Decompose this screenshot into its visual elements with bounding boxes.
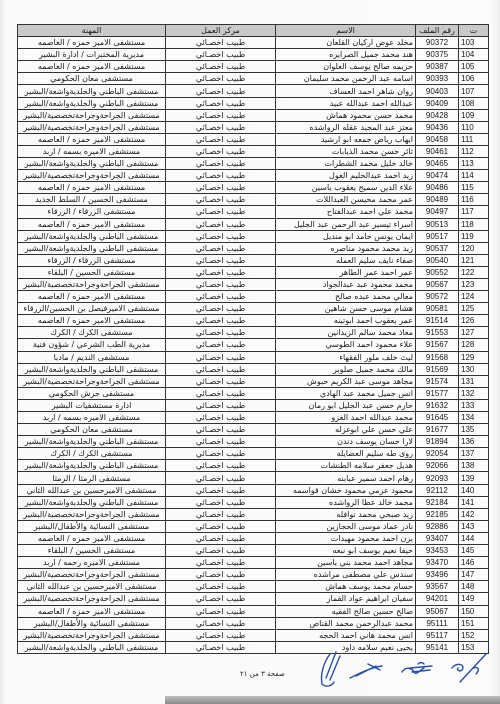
- row-index: 105: [459, 61, 489, 73]
- row-file-no: 90393: [416, 73, 459, 85]
- row-file-no: 90375: [416, 49, 459, 61]
- table-row: 10390372مخلد عوض اركيان القلعانطبيب اخصـ…: [18, 37, 489, 49]
- row-name: خالد خليل محمد الشطرات: [276, 158, 416, 170]
- row-work-center: طبيب اخصـائي: [166, 315, 276, 327]
- row-work-center: طبيب اخصـائي: [166, 641, 276, 653]
- row-index: 115: [459, 182, 489, 194]
- row-file-no: 92054: [416, 448, 459, 460]
- row-work-center: طبيب اخصـائي: [166, 496, 276, 508]
- table-row: 12691514عمر يعقوب احمد ابوتينهطبيب اخصـا…: [18, 315, 489, 327]
- row-work-center: طبيب اخصـائي: [166, 629, 276, 641]
- row-index: 114: [459, 170, 489, 182]
- row-profession: مستشفى النسائية والأطفال/البشير: [18, 617, 166, 629]
- scanned-page: ت رقم الملف الاسم مركز العمل المهنة 1039…: [0, 0, 500, 704]
- row-profession: مستشفى الزرقاء / الزرقاء: [18, 206, 166, 218]
- row-file-no: 90428: [416, 109, 459, 121]
- row-work-center: طبيب اخصـائي: [166, 85, 276, 97]
- row-index: 121: [459, 254, 489, 266]
- row-profession: مستشفى الجراحةوجراحةتخصصية/البشير: [18, 593, 166, 605]
- row-file-no: 90461: [416, 145, 459, 157]
- table-row: 14292185زيد صبحي محمد نوافلهطبيب اخصـائي…: [18, 508, 489, 520]
- table-row: 12991568ليث خلف ملور الفقهاءطبيب اخصـائي…: [18, 351, 489, 363]
- table-row: 13892066هديل جعفر سلامه الطنشاتطبيب اخصـ…: [18, 460, 489, 472]
- row-file-no: 90567: [416, 278, 459, 290]
- row-index: 132: [459, 387, 489, 399]
- row-name: روان شاهر احمد العساف: [276, 85, 416, 97]
- row-profession: مديرية المختبرات / ادارة البشير: [18, 49, 166, 61]
- header-profession: المهنة: [18, 25, 166, 37]
- row-name: حازم حسن عبد الجليل ابو رمان: [276, 399, 416, 411]
- row-file-no: 90497: [416, 206, 459, 218]
- row-index: 141: [459, 496, 489, 508]
- row-name: عمر يعقوب احمد ابوتينه: [276, 315, 416, 327]
- row-file-no: 90486: [416, 182, 459, 194]
- row-work-center: طبيب اخصـائي: [166, 97, 276, 109]
- row-file-no: 90552: [416, 266, 459, 278]
- row-work-center: طبيب اخصـائي: [166, 61, 276, 73]
- row-index: 148: [459, 581, 489, 593]
- row-work-center: طبيب اخصـائي: [166, 605, 276, 617]
- table-row: 15295117انس محمد هاني احمد الحجهطبيب اخص…: [18, 629, 489, 641]
- row-file-no: 91574: [416, 375, 459, 387]
- row-profession: مستشفى الكرك / الكرك: [18, 448, 166, 460]
- table-row: 13992093رهام احمد سمير عبابنهطبيب اخصـائ…: [18, 472, 489, 484]
- table-row: 12490572معالي محمد عبده صالحطبيب اخصـائي…: [18, 291, 489, 303]
- table-row: 15095067صالح حسين صالح الفقيهطبيب اخصـائ…: [18, 605, 489, 617]
- row-work-center: طبيب اخصـائي: [166, 412, 276, 424]
- row-profession: مستشفى الحسين / السلط الجديد: [18, 194, 166, 206]
- row-name: اسامه عبد الرحمن محمد سليمان: [276, 73, 416, 85]
- row-name: زيد احمد عبدالحليم الغول: [276, 170, 416, 182]
- page-number: صفحة ٣ من ٢١: [240, 670, 285, 678]
- row-profession: مستشفى الاميره بسمه / اربد: [18, 412, 166, 424]
- row-file-no: 90581: [416, 303, 459, 315]
- row-profession: مستشفى الجراحةوجراحةتخصصية/البشير: [18, 375, 166, 387]
- table-row: 11290461ثائر حسن محمد الذياباتطبيب اخصـا…: [18, 145, 489, 157]
- row-name: ليث خلف ملور الفقهاء: [276, 351, 416, 363]
- row-index: 137: [459, 448, 489, 460]
- row-index: 111: [459, 133, 489, 145]
- table-row: 14593453حيفا نعيم يوسف ابو نبعهطبيب اخصـ…: [18, 545, 489, 557]
- row-name: رهام احمد سمير عبابنه: [276, 472, 416, 484]
- row-index: 135: [459, 424, 489, 436]
- row-profession: مستشفى الحسين / البلقاء: [18, 266, 166, 278]
- row-work-center: طبيب اخصـائي: [166, 49, 276, 61]
- row-name: علي حسن علي ابوغزله: [276, 424, 416, 436]
- row-profession: مستشفى الباطني والجلديةواشعة/البشير: [18, 496, 166, 508]
- table-header-row: ت رقم الملف الاسم مركز العمل المهنة: [18, 25, 489, 37]
- row-work-center: طبيب اخصـائي: [166, 133, 276, 145]
- row-work-center: طبيب اخصـائي: [166, 424, 276, 436]
- table-row: 13792054روى طه سليم العضايلهطبيب اخصـائي…: [18, 448, 489, 460]
- row-profession: مستشفى الباطني والجلديةواشعة/البشير: [18, 363, 166, 375]
- row-profession: مستشفى الجراحةوجراحةتخصصية/البشير: [18, 508, 166, 520]
- row-work-center: طبيب اخصـائي: [166, 569, 276, 581]
- row-index: 136: [459, 436, 489, 448]
- row-index: 142: [459, 508, 489, 520]
- row-file-no: 93567: [416, 581, 459, 593]
- row-work-center: طبيب اخصـائي: [166, 182, 276, 194]
- table-row: 10690393اسامه عبد الرحمن محمد سليمانطبيب…: [18, 73, 489, 85]
- row-work-center: طبيب اخصـائي: [166, 484, 276, 496]
- row-file-no: 95067: [416, 605, 459, 617]
- row-profession: مستشفى الباطني والجلديةواشعة/البشير: [18, 641, 166, 653]
- row-file-no: 91514: [416, 315, 459, 327]
- row-work-center: طبيب اخصـائي: [166, 520, 276, 532]
- row-profession: مستشفى الامير حمزه / العاصمه: [18, 605, 166, 617]
- row-profession: مستشفى الامير حمزه / العاصمه: [18, 37, 166, 49]
- row-index: 139: [459, 472, 489, 484]
- row-profession: مستشفى الاميره رحمه / اربد: [18, 557, 166, 569]
- table-row: 12590581هشام موسى حسن شاهينطبيب اخصـائيم…: [18, 303, 489, 315]
- row-file-no: 91632: [416, 399, 459, 411]
- row-index: 145: [459, 545, 489, 557]
- row-file-no: 94201: [416, 593, 459, 605]
- row-work-center: طبيب اخصـائي: [166, 109, 276, 121]
- row-name: محمد خالد عطا الرواشده: [276, 496, 416, 508]
- row-name: هند محمد جميل الصرايره: [276, 49, 416, 61]
- table-row: 15195111محمد عبدالرحمن محمد القناصطبيب ا…: [18, 617, 489, 629]
- row-index: 138: [459, 460, 489, 472]
- table-row: 12090537زيد محمد محمود مناصرهطبيب اخصـائ…: [18, 242, 489, 254]
- row-work-center: طبيب اخصـائي: [166, 73, 276, 85]
- row-work-center: طبيب اخصـائي: [166, 448, 276, 460]
- row-name: علاء محمود احمد الطوسي: [276, 339, 416, 351]
- row-index: 128: [459, 339, 489, 351]
- row-index: 122: [459, 266, 489, 278]
- row-profession: مستشفى الامير حمزه / العاصمه: [18, 291, 166, 303]
- row-profession: مستشفى الباطني والجلديةواشعة/البشير: [18, 85, 166, 97]
- header-work-center: مركز العمل: [166, 25, 276, 37]
- row-profession: مستشفى الجراحةوجراحةتخصصية/البشير: [18, 569, 166, 581]
- row-index: 127: [459, 327, 489, 339]
- row-work-center: طبيب اخصـائي: [166, 206, 276, 218]
- row-name: صفاء نايف سليم العمله: [276, 254, 416, 266]
- row-work-center: طبيب اخصـائي: [166, 230, 276, 242]
- table-row: 10790403روان شاهر احمد العسافطبيب اخصـائ…: [18, 85, 489, 97]
- row-index: 106: [459, 73, 489, 85]
- row-index: 104: [459, 49, 489, 61]
- row-name: عمر احمد عمر الطاهر: [276, 266, 416, 278]
- row-file-no: 91577: [416, 387, 459, 399]
- row-profession: مستشفى الجراحةوجراحةتخصصية/البشير: [18, 109, 166, 121]
- row-work-center: طبيب اخصـائي: [166, 460, 276, 472]
- table-row: 13391632حازم حسن عبد الجليل ابو رمانطبيب…: [18, 399, 489, 411]
- row-name: محمود عزمي محمود خشان قواسمه: [276, 484, 416, 496]
- row-work-center: طبيب اخصـائي: [166, 121, 276, 133]
- table-row: 11790497محمد علي احمد عبدالفتاحطبيب اخصـ…: [18, 206, 489, 218]
- row-file-no: 95117: [416, 629, 459, 641]
- row-profession: مستشفى جرش الحكومي: [18, 387, 166, 399]
- row-profession: مستشفى الاميرفيصل بن الحسين/الزرقاء: [18, 303, 166, 315]
- row-name: انس جميل محمد عبد الهادي: [276, 387, 416, 399]
- signatures: [310, 648, 490, 688]
- row-index: 133: [459, 399, 489, 411]
- row-profession: مستشفى الباطني والجلديةواشعة/البشير: [18, 230, 166, 242]
- row-work-center: طبيب اخصـائي: [166, 387, 276, 399]
- header-name: الاسم: [276, 25, 416, 37]
- row-profession: مستشفى الاميرحسين بن عبدالله الثاني: [18, 484, 166, 496]
- row-file-no: 92184: [416, 496, 459, 508]
- table-row: 14493407يزن احمد محمود مهيداتطبيب اخصـائ…: [18, 532, 489, 544]
- row-profession: مستشفى النسائية والأطفال/البشير: [18, 520, 166, 532]
- row-work-center: طبيب اخصـائي: [166, 472, 276, 484]
- row-name: صالح حسين صالح الفقيه: [276, 605, 416, 617]
- row-profession: مستشفى الكرك / الكرك: [18, 327, 166, 339]
- row-work-center: طبيب اخصـائي: [166, 436, 276, 448]
- table-row: 12791553معاذ محمد سالم الزيدانينطبيب اخص…: [18, 327, 489, 339]
- row-index: 129: [459, 351, 489, 363]
- row-work-center: طبيب اخصـائي: [166, 242, 276, 254]
- row-file-no: 93407: [416, 532, 459, 544]
- row-profession: مستشفى الحسين / البلقاء: [18, 545, 166, 557]
- row-file-no: 90409: [416, 97, 459, 109]
- personnel-table: ت رقم الملف الاسم مركز العمل المهنة 1039…: [17, 24, 489, 654]
- row-file-no: 91553: [416, 327, 459, 339]
- row-profession: مستشفى الامير حمزه / العاصمه: [18, 182, 166, 194]
- row-index: 130: [459, 363, 489, 375]
- row-file-no: 91677: [416, 424, 459, 436]
- row-index: 134: [459, 412, 489, 424]
- row-index: 152: [459, 629, 489, 641]
- row-work-center: طبيب اخصـائي: [166, 581, 276, 593]
- row-work-center: طبيب اخصـائي: [166, 278, 276, 290]
- row-name: حزيمه صالح يوسف العلوان: [276, 61, 416, 73]
- row-file-no: 93453: [416, 545, 459, 557]
- row-file-no: 90517: [416, 230, 459, 242]
- table-row: 12290552عمر احمد عمر الطاهرطبيب اخصـائيم…: [18, 266, 489, 278]
- row-work-center: طبيب اخصـائي: [166, 158, 276, 170]
- row-file-no: 95111: [416, 617, 459, 629]
- table-row: 13191574مجاهد موسى عبد الكريم حبوشطبيب ا…: [18, 375, 489, 387]
- row-index: 144: [459, 532, 489, 544]
- row-profession: مستشفى الاميره بسمه / اربد: [18, 145, 166, 157]
- row-index: 140: [459, 484, 489, 496]
- row-work-center: طبيب اخصـائي: [166, 339, 276, 351]
- row-name: معالي محمد عبده صالح: [276, 291, 416, 303]
- row-name: ايمان يونس حامد ابو منديل: [276, 230, 416, 242]
- table-row: 14192184محمد خالد عطا الرواشدهطبيب اخصـا…: [18, 496, 489, 508]
- row-file-no: 93496: [416, 569, 459, 581]
- row-file-no: 90513: [416, 218, 459, 230]
- table-row: 14793496سندس علي مصطفى مراشدهطبيب اخصـائ…: [18, 569, 489, 581]
- table-row: 14994201سفيان ابراهيم عواد القمازطبيب اخ…: [18, 593, 489, 605]
- table-row: 11890513اسراء تيسير عبد الرحمن عبد الجلي…: [18, 218, 489, 230]
- row-file-no: 91645: [416, 412, 459, 424]
- row-file-no: 90387: [416, 61, 459, 73]
- row-file-no: 91894: [416, 436, 459, 448]
- row-index: 116: [459, 194, 489, 206]
- row-name: مالك محمد جميل صلوبر: [276, 363, 416, 375]
- row-index: 124: [459, 291, 489, 303]
- signature-scribbles-icon: [310, 648, 490, 688]
- row-name: محمد حسن محمود هماش: [276, 109, 416, 121]
- table-row: 11690489عمر محمد محيسن العبداللاتطبيب اخ…: [18, 194, 489, 206]
- row-name: سفيان ابراهيم عواد القماز: [276, 593, 416, 605]
- row-file-no: 91568: [416, 351, 459, 363]
- row-profession: مستشفى الرمثا / الرمثا: [18, 472, 166, 484]
- row-file-no: 93470: [416, 557, 459, 569]
- row-profession: مستشفى الباطني والجلديةواشعة/البشير: [18, 436, 166, 448]
- row-name: عمر محمد محيسن العبداللات: [276, 194, 416, 206]
- row-file-no: 92886: [416, 520, 459, 532]
- row-profession: مستشفى الامير حمزه / العاصمه: [18, 133, 166, 145]
- table-row: 14893567حسام محمد يوسف هماشطبيب اخصـائيم…: [18, 581, 489, 593]
- table-row: 10490375هند محمد جميل الصرايرهطبيب اخصـا…: [18, 49, 489, 61]
- table-row: 12891567علاء محمود احمد الطوسيطبيب اخصـا…: [18, 339, 489, 351]
- row-profession: مستشفى الزرقاء / الزرقاء: [18, 254, 166, 266]
- row-index: 119: [459, 230, 489, 242]
- table-row: 12190540صفاء نايف سليم العملهطبيب اخصـائ…: [18, 254, 489, 266]
- row-name: انس محمد هاني احمد الحجه: [276, 629, 416, 641]
- row-work-center: طبيب اخصـائي: [166, 254, 276, 266]
- row-name: زيد صبحي محمد نوافله: [276, 508, 416, 520]
- table-body: 10390372مخلد عوض اركيان القلعانطبيب اخصـ…: [18, 37, 489, 654]
- table-row: 10990428محمد حسن محمود هماشطبيب اخصـائيم…: [18, 109, 489, 121]
- row-file-no: 90537: [416, 242, 459, 254]
- row-name: مجاهد احمد محمد بني ياسين: [276, 557, 416, 569]
- row-profession: مستشفى الباطني والجلديةواشعة/البشير: [18, 242, 166, 254]
- table-row: 13291577انس جميل محمد عبد الهاديطبيب اخص…: [18, 387, 489, 399]
- row-file-no: 92112: [416, 484, 459, 496]
- row-file-no: 90474: [416, 170, 459, 182]
- table-row: 12390567محمد محمود عبد عبدالجوادطبيب اخص…: [18, 278, 489, 290]
- row-profession: مستشفى الجراحةوجراحةتخصصية/البشير: [18, 629, 166, 641]
- row-profession: مستشفى الامير حمزه / العاصمه: [18, 218, 166, 230]
- row-work-center: طبيب اخصـائي: [166, 145, 276, 157]
- header-file-no: رقم الملف: [416, 25, 459, 37]
- row-name: هديل جعفر سلامه الطنشات: [276, 460, 416, 472]
- row-index: 126: [459, 315, 489, 327]
- table-row: 14693470مجاهد احمد محمد بني ياسينطبيب اخ…: [18, 557, 489, 569]
- row-index: 110: [459, 121, 489, 133]
- row-name: اسراء تيسير عبد الرحمن عبد الجليل: [276, 218, 416, 230]
- row-name: محمد عبدالله احمد الغزو: [276, 412, 416, 424]
- table-row: 13691894لارا حسان يوسف دندنطبيب اخصـائيم…: [18, 436, 489, 448]
- row-work-center: طبيب اخصـائي: [166, 351, 276, 363]
- row-file-no: 92093: [416, 472, 459, 484]
- header-index: ت: [459, 25, 489, 37]
- row-work-center: طبيب اخصـائي: [166, 363, 276, 375]
- row-work-center: طبيب اخصـائي: [166, 375, 276, 387]
- table-row: 14092112محمود عزمي محمود خشان قواسمهطبيب…: [18, 484, 489, 496]
- row-work-center: طبيب اخصـائي: [166, 508, 276, 520]
- row-index: 146: [459, 557, 489, 569]
- row-name: ايهاب رياض جمعه ابو ارشيد: [276, 133, 416, 145]
- row-index: 109: [459, 109, 489, 121]
- row-work-center: طبيب اخصـائي: [166, 593, 276, 605]
- row-file-no: 92066: [416, 460, 459, 472]
- row-index: 118: [459, 218, 489, 230]
- row-index: 107: [459, 85, 489, 97]
- table-row: 13591677علي حسن علي ابوغزلهطبيب اخصـائيم…: [18, 424, 489, 436]
- row-name: محمد محمود عبد عبدالجواد: [276, 278, 416, 290]
- scan-edge: [165, 696, 500, 704]
- row-work-center: طبيب اخصـائي: [166, 545, 276, 557]
- row-profession: مستشفى الجراحةوجراحةتخصصية/البشير: [18, 278, 166, 290]
- table-row: 10590387حزيمه صالح يوسف العلوانطبيب اخصـ…: [18, 61, 489, 73]
- row-file-no: 90458: [416, 133, 459, 145]
- row-file-no: 92185: [416, 508, 459, 520]
- row-file-no: 90372: [416, 37, 459, 49]
- table-row: 11090436معتز عبد المجيد عقله الرواشدهطبي…: [18, 121, 489, 133]
- table-row: 11190458ايهاب رياض جمعه ابو ارشيدطبيب اخ…: [18, 133, 489, 145]
- row-name: معتز عبد المجيد عقله الرواشده: [276, 121, 416, 133]
- row-index: 131: [459, 375, 489, 387]
- row-file-no: 90540: [416, 254, 459, 266]
- row-profession: مستشفى الجراحةوجراحةتخصصية/البشير: [18, 121, 166, 133]
- row-index: 149: [459, 593, 489, 605]
- row-profession: مستشفى معان الحكومي: [18, 424, 166, 436]
- row-name: محمد عبدالرحمن محمد القناص: [276, 617, 416, 629]
- row-index: 125: [459, 303, 489, 315]
- row-file-no: 90572: [416, 291, 459, 303]
- row-work-center: طبيب اخصـائي: [166, 399, 276, 411]
- row-file-no: 90465: [416, 158, 459, 170]
- table-row: 13491645محمد عبدالله احمد الغزوطبيب اخصـ…: [18, 412, 489, 424]
- row-index: 108: [459, 97, 489, 109]
- row-work-center: طبيب اخصـائي: [166, 266, 276, 278]
- row-name: علاء الدين سميح يعقوب ياسين: [276, 182, 416, 194]
- row-profession: مستشفى الامير حمزه / العاصمه: [18, 532, 166, 544]
- row-file-no: 90403: [416, 85, 459, 97]
- row-work-center: طبيب اخصـائي: [166, 303, 276, 315]
- row-index: 117: [459, 206, 489, 218]
- row-profession: مستشفى الباطني والجلديةواشعة/البشير: [18, 158, 166, 170]
- row-work-center: طبيب اخصـائي: [166, 37, 276, 49]
- row-name: معاذ محمد سالم الزيدانين: [276, 327, 416, 339]
- row-index: 123: [459, 278, 489, 290]
- row-file-no: 91567: [416, 339, 459, 351]
- row-profession: مديرية الطب الشرعي / شؤون فنية: [18, 339, 166, 351]
- row-name: محمد علي احمد عبدالفتاح: [276, 206, 416, 218]
- row-profession: مستشفى الجراحةوجراحةتخصصية/البشير: [18, 170, 166, 182]
- row-name: سندس علي مصطفى مراشده: [276, 569, 416, 581]
- row-name: لارا حسان يوسف دندن: [276, 436, 416, 448]
- row-work-center: طبيب اخصـائي: [166, 218, 276, 230]
- row-work-center: طبيب اخصـائي: [166, 327, 276, 339]
- row-profession: مستشفى معان الحكومي: [18, 73, 166, 85]
- row-name: عبدالله احمد عبدالله عبيد: [276, 97, 416, 109]
- row-index: 150: [459, 605, 489, 617]
- row-profession: مستشفى النديم / مادبا: [18, 351, 166, 363]
- row-file-no: 90489: [416, 194, 459, 206]
- table-row: 14392886نادر عماد موسى الحجازينطبيب اخصـ…: [18, 520, 489, 532]
- table-row: 13091569مالك محمد جميل صلوبرطبيب اخصـائي…: [18, 363, 489, 375]
- row-name: زيد محمد محمود مناصره: [276, 242, 416, 254]
- row-index: 151: [459, 617, 489, 629]
- row-name: مخلد عوض اركيان القلعان: [276, 37, 416, 49]
- table-row: 10890409عبدالله احمد عبدالله عبيدطبيب اخ…: [18, 97, 489, 109]
- row-work-center: طبيب اخصـائي: [166, 617, 276, 629]
- row-name: هشام موسى حسن شاهين: [276, 303, 416, 315]
- row-name: نادر عماد موسى الحجازين: [276, 520, 416, 532]
- row-work-center: طبيب اخصـائي: [166, 532, 276, 544]
- row-name: مجاهد موسى عبد الكريم حبوش: [276, 375, 416, 387]
- row-name: حسام محمد يوسف هماش: [276, 581, 416, 593]
- row-index: 103: [459, 37, 489, 49]
- table-row: 11390465خالد خليل محمد الشطراتطبيب اخصـا…: [18, 158, 489, 170]
- row-index: 120: [459, 242, 489, 254]
- row-index: 113: [459, 158, 489, 170]
- row-name: حيفا نعيم يوسف ابو نبعه: [276, 545, 416, 557]
- row-profession: ادارة مستشفيات البشير: [18, 399, 166, 411]
- row-profession: مستشفى الباطني والجلديةواشعة/البشير: [18, 460, 166, 472]
- row-index: 143: [459, 520, 489, 532]
- row-profession: مستشفى الباطني والجلديةواشعة/البشير: [18, 97, 166, 109]
- row-work-center: طبيب اخصـائي: [166, 194, 276, 206]
- row-file-no: 91569: [416, 363, 459, 375]
